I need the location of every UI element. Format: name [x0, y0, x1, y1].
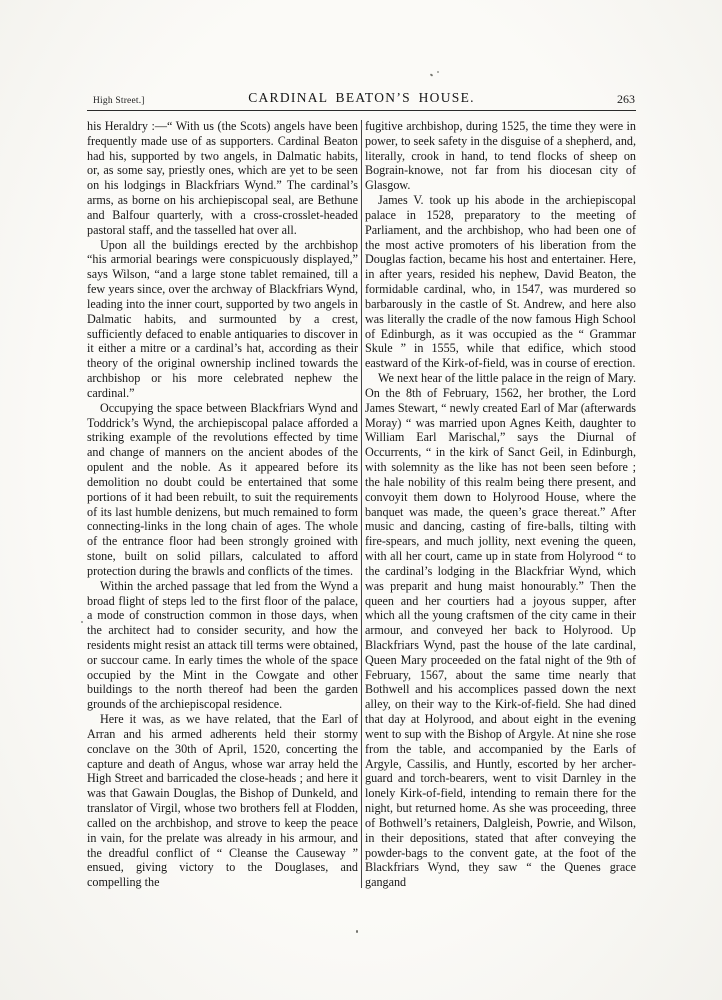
paragraph: his Heraldry :—“ With us (the Scots) ang… — [87, 119, 358, 238]
paragraph: Occupying the space between Blackfriars … — [87, 401, 358, 579]
right-column: fugitive archbishop, during 1525, the ti… — [365, 119, 636, 890]
running-head: High Street.] — [93, 96, 145, 106]
paragraph: Here it was, as we have related, that th… — [87, 712, 358, 890]
header-rule — [87, 110, 636, 111]
column-divider — [361, 120, 362, 888]
paragraph: We next hear of the little palace in the… — [365, 371, 636, 890]
page-number: 263 — [617, 92, 635, 107]
page-header: High Street.] CARDINAL BEATON’S HOUSE. 2… — [87, 90, 636, 107]
scan-speck — [437, 71, 439, 73]
page-block: High Street.] CARDINAL BEATON’S HOUSE. 2… — [87, 90, 636, 890]
scan-speck — [430, 73, 434, 76]
left-column: his Heraldry :—“ With us (the Scots) ang… — [87, 119, 358, 890]
paragraph: fugitive archbishop, during 1525, the ti… — [365, 119, 636, 193]
paragraph: Within the arched passage that led from … — [87, 579, 358, 712]
scan-speck — [356, 930, 358, 933]
paragraph: James V. took up his abode in the archie… — [365, 193, 636, 371]
paragraph: Upon all the buildings erected by the ar… — [87, 238, 358, 401]
scan-speck — [81, 621, 83, 623]
page-title: CARDINAL BEATON’S HOUSE. — [87, 90, 636, 106]
text-columns: his Heraldry :—“ With us (the Scots) ang… — [87, 119, 636, 890]
